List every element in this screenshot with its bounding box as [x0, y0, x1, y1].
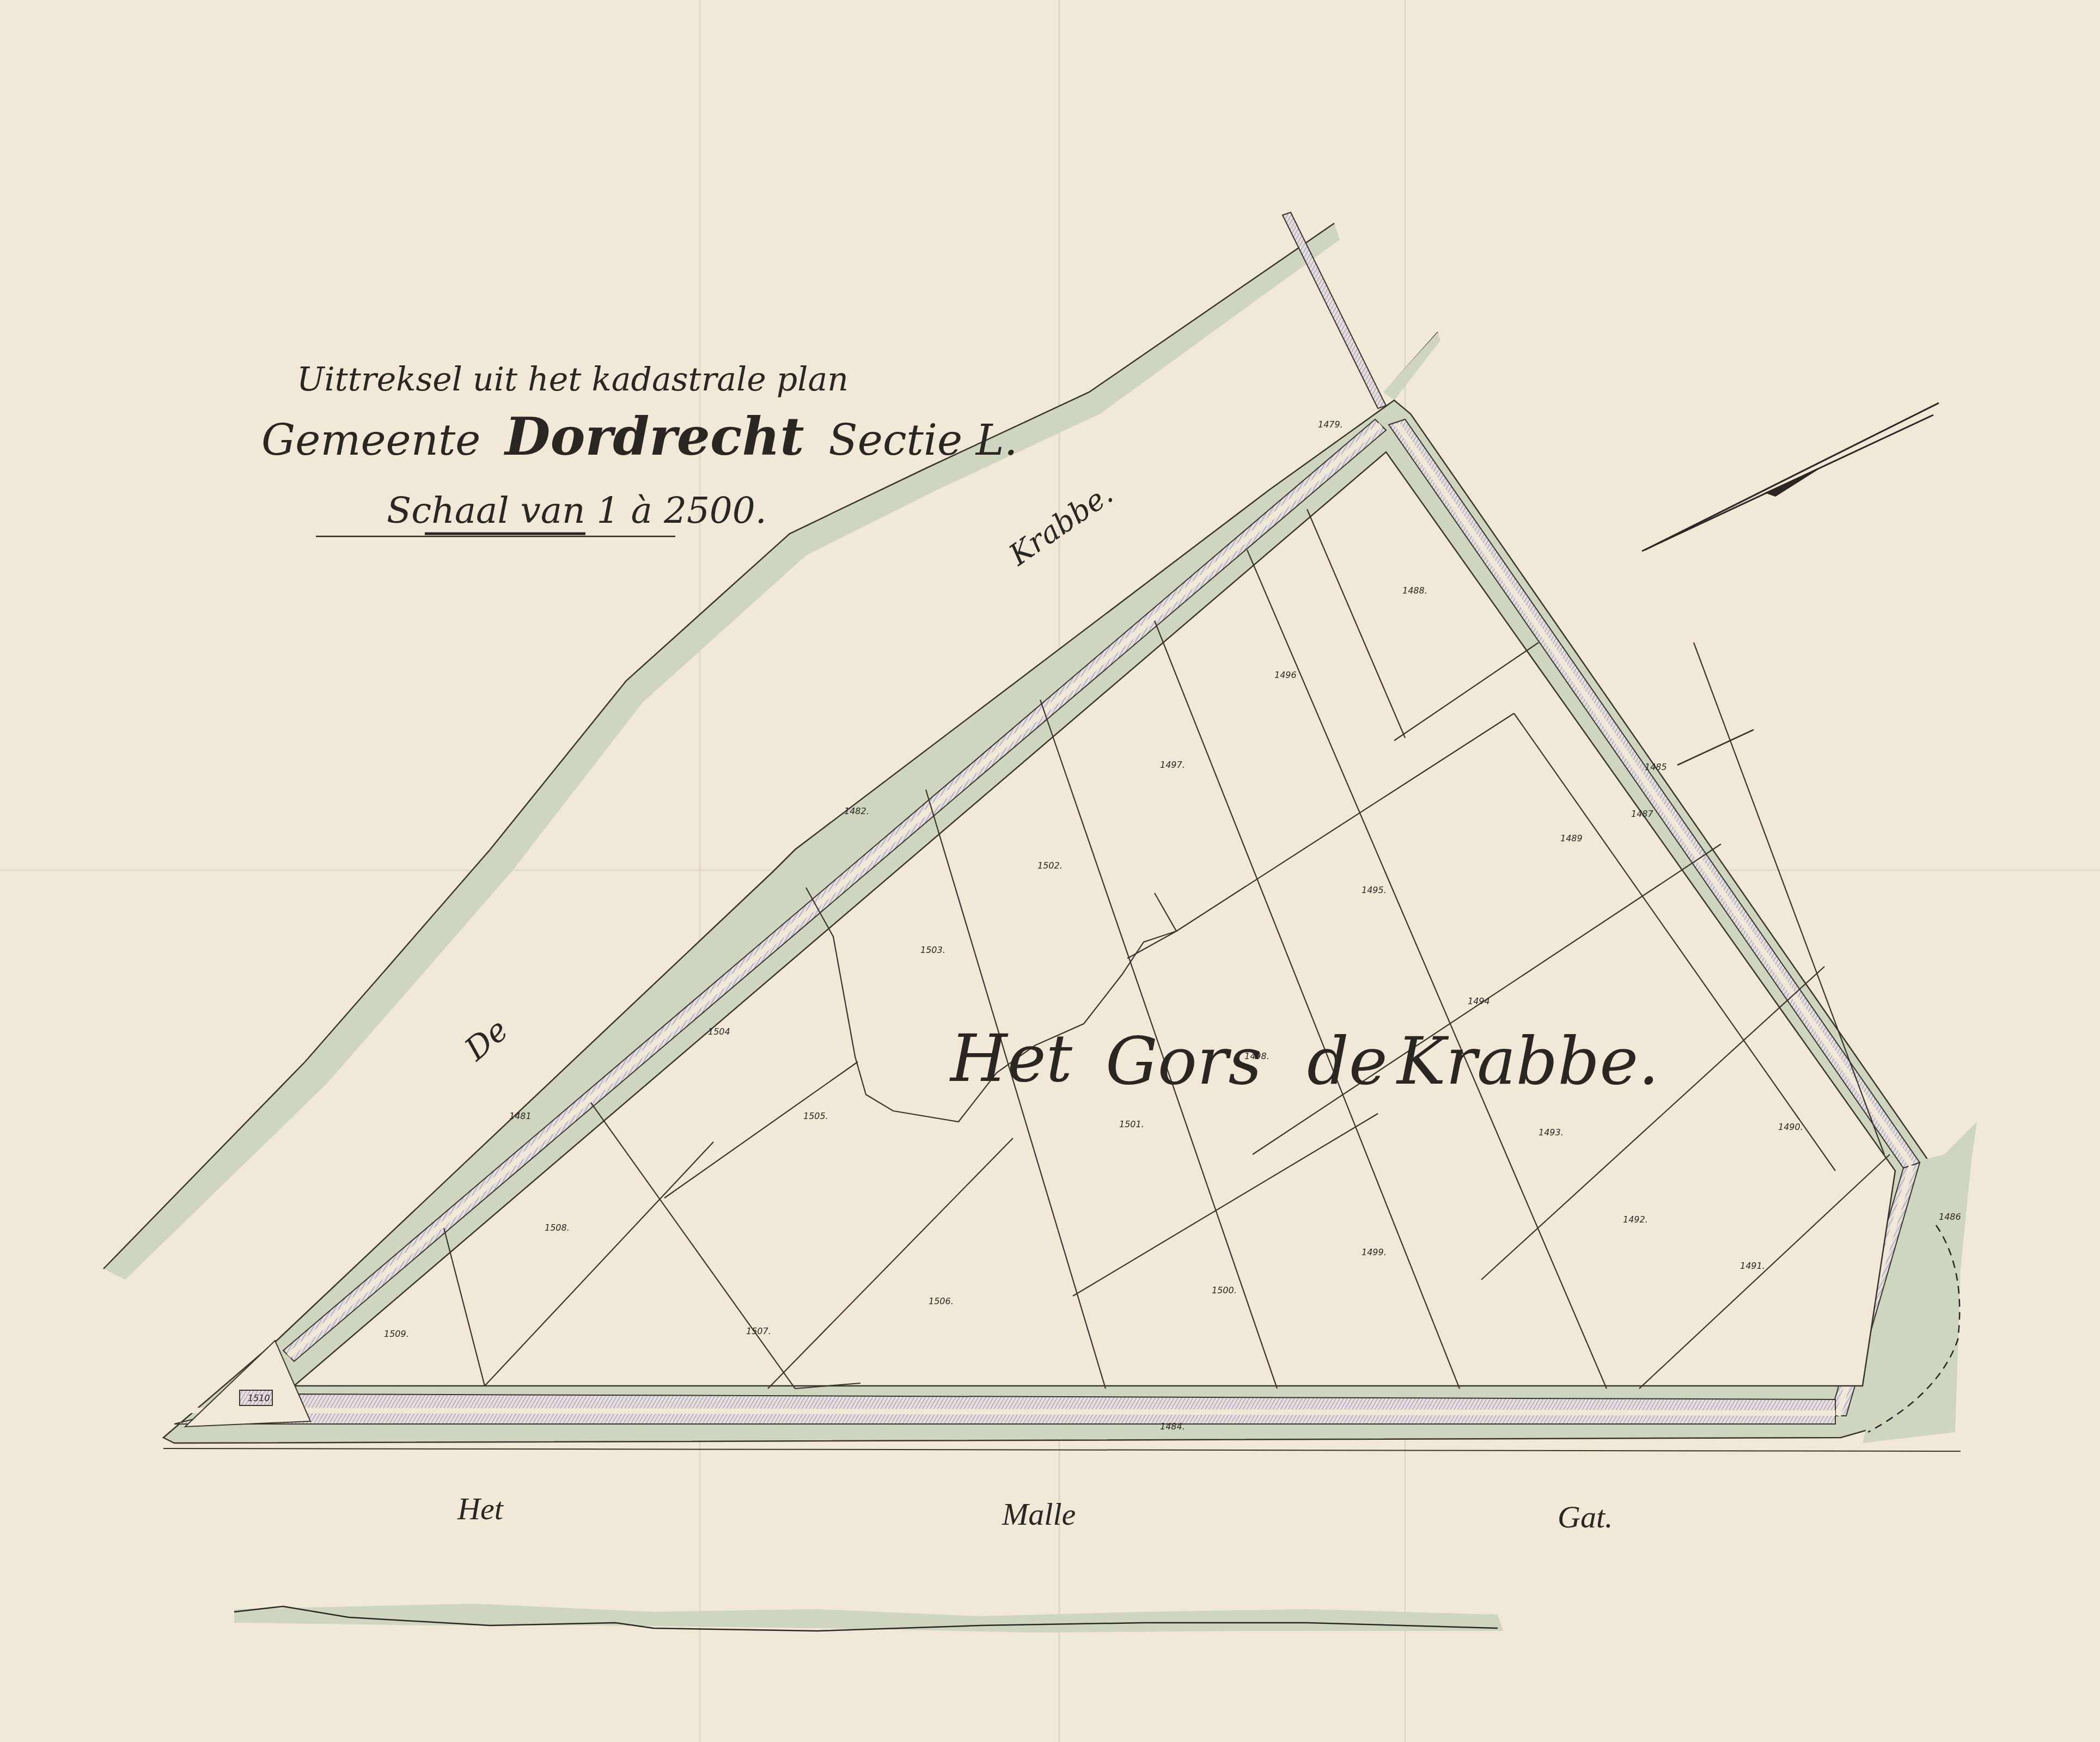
parcel-1501: 1501. — [1119, 1119, 1144, 1129]
parcel-1500: 1500. — [1212, 1285, 1237, 1295]
river-gat: Gat. — [1558, 1499, 1613, 1535]
cadastral-map: Uittreksel uit het kadastrale plan Gemee… — [0, 0, 2100, 1742]
title-block: Uittreksel uit het kadastrale plan Gemee… — [261, 360, 1017, 536]
river-het: Het — [457, 1491, 504, 1526]
parcel-1506: 1506. — [929, 1296, 954, 1306]
parcel-1503: 1503. — [920, 945, 945, 955]
parcel-1490: 1490. — [1778, 1122, 1803, 1132]
parcel-1481: 1481 — [509, 1111, 532, 1121]
title-gemeente: Gemeente Dordrecht Sectie L. — [261, 406, 1017, 467]
parcel-1493: 1493. — [1539, 1127, 1564, 1138]
parcel-1499: 1499. — [1362, 1247, 1387, 1257]
parcel-1495: 1495. — [1362, 885, 1387, 895]
label-de: De — [457, 1011, 515, 1068]
parcel-1491: 1491. — [1740, 1261, 1765, 1271]
scale-text: Schaal van 1 à 2500. — [387, 490, 767, 531]
parcel-1482: 1482. — [844, 806, 869, 816]
sectie: Sectie L. — [828, 416, 1017, 465]
parcel-1505: 1505. — [803, 1111, 828, 1121]
north-arrow-icon — [1642, 415, 1933, 551]
parcel-1497: 1497. — [1160, 760, 1185, 770]
river-malle: Malle — [1002, 1496, 1076, 1532]
gemeente-name: Dordrecht — [503, 406, 804, 467]
parcel-1509: 1509. — [384, 1329, 409, 1339]
parcel-1502: 1502. — [1037, 860, 1063, 871]
gemeente-prefix: Gemeente — [261, 416, 481, 465]
parcel-1489: 1489 — [1560, 833, 1583, 844]
parcel-1488: 1488. — [1402, 585, 1427, 596]
parcel-1492: 1492. — [1623, 1214, 1648, 1225]
parcel-1498: 1498. — [1244, 1051, 1269, 1061]
polder-de: de — [1307, 1024, 1388, 1099]
parcel-1485: 1485 — [1645, 762, 1667, 772]
parcel-1487: 1487 — [1631, 809, 1654, 819]
parcel-1484: 1484. — [1160, 1421, 1185, 1432]
parcel-1486: 1486 — [1939, 1212, 1961, 1222]
river-name: Het Malle Gat. — [457, 1491, 1613, 1535]
polder-gors: Gors — [1106, 1024, 1262, 1099]
title-line-1: Uittreksel uit het kadastrale plan — [297, 360, 848, 399]
parcel-1507: 1507. — [746, 1326, 771, 1336]
parcel-1496: 1496 — [1274, 670, 1297, 680]
label-krabbe-water: Krabbe. — [1003, 476, 1119, 572]
bottom-water-strip — [234, 1604, 1503, 1633]
parcel-1504: 1504 — [708, 1026, 730, 1037]
polder-krabbe: Krabbe. — [1396, 1024, 1659, 1099]
parcel-1479: 1479. — [1318, 419, 1343, 430]
map-sheet: Uittreksel uit het kadastrale plan Gemee… — [0, 0, 2100, 1742]
parcel-1510: 1510 — [248, 1393, 270, 1403]
parcel-1494: 1494 — [1468, 996, 1490, 1006]
parcel-1508: 1508. — [545, 1223, 570, 1233]
polder-het: Het — [949, 1021, 1073, 1097]
